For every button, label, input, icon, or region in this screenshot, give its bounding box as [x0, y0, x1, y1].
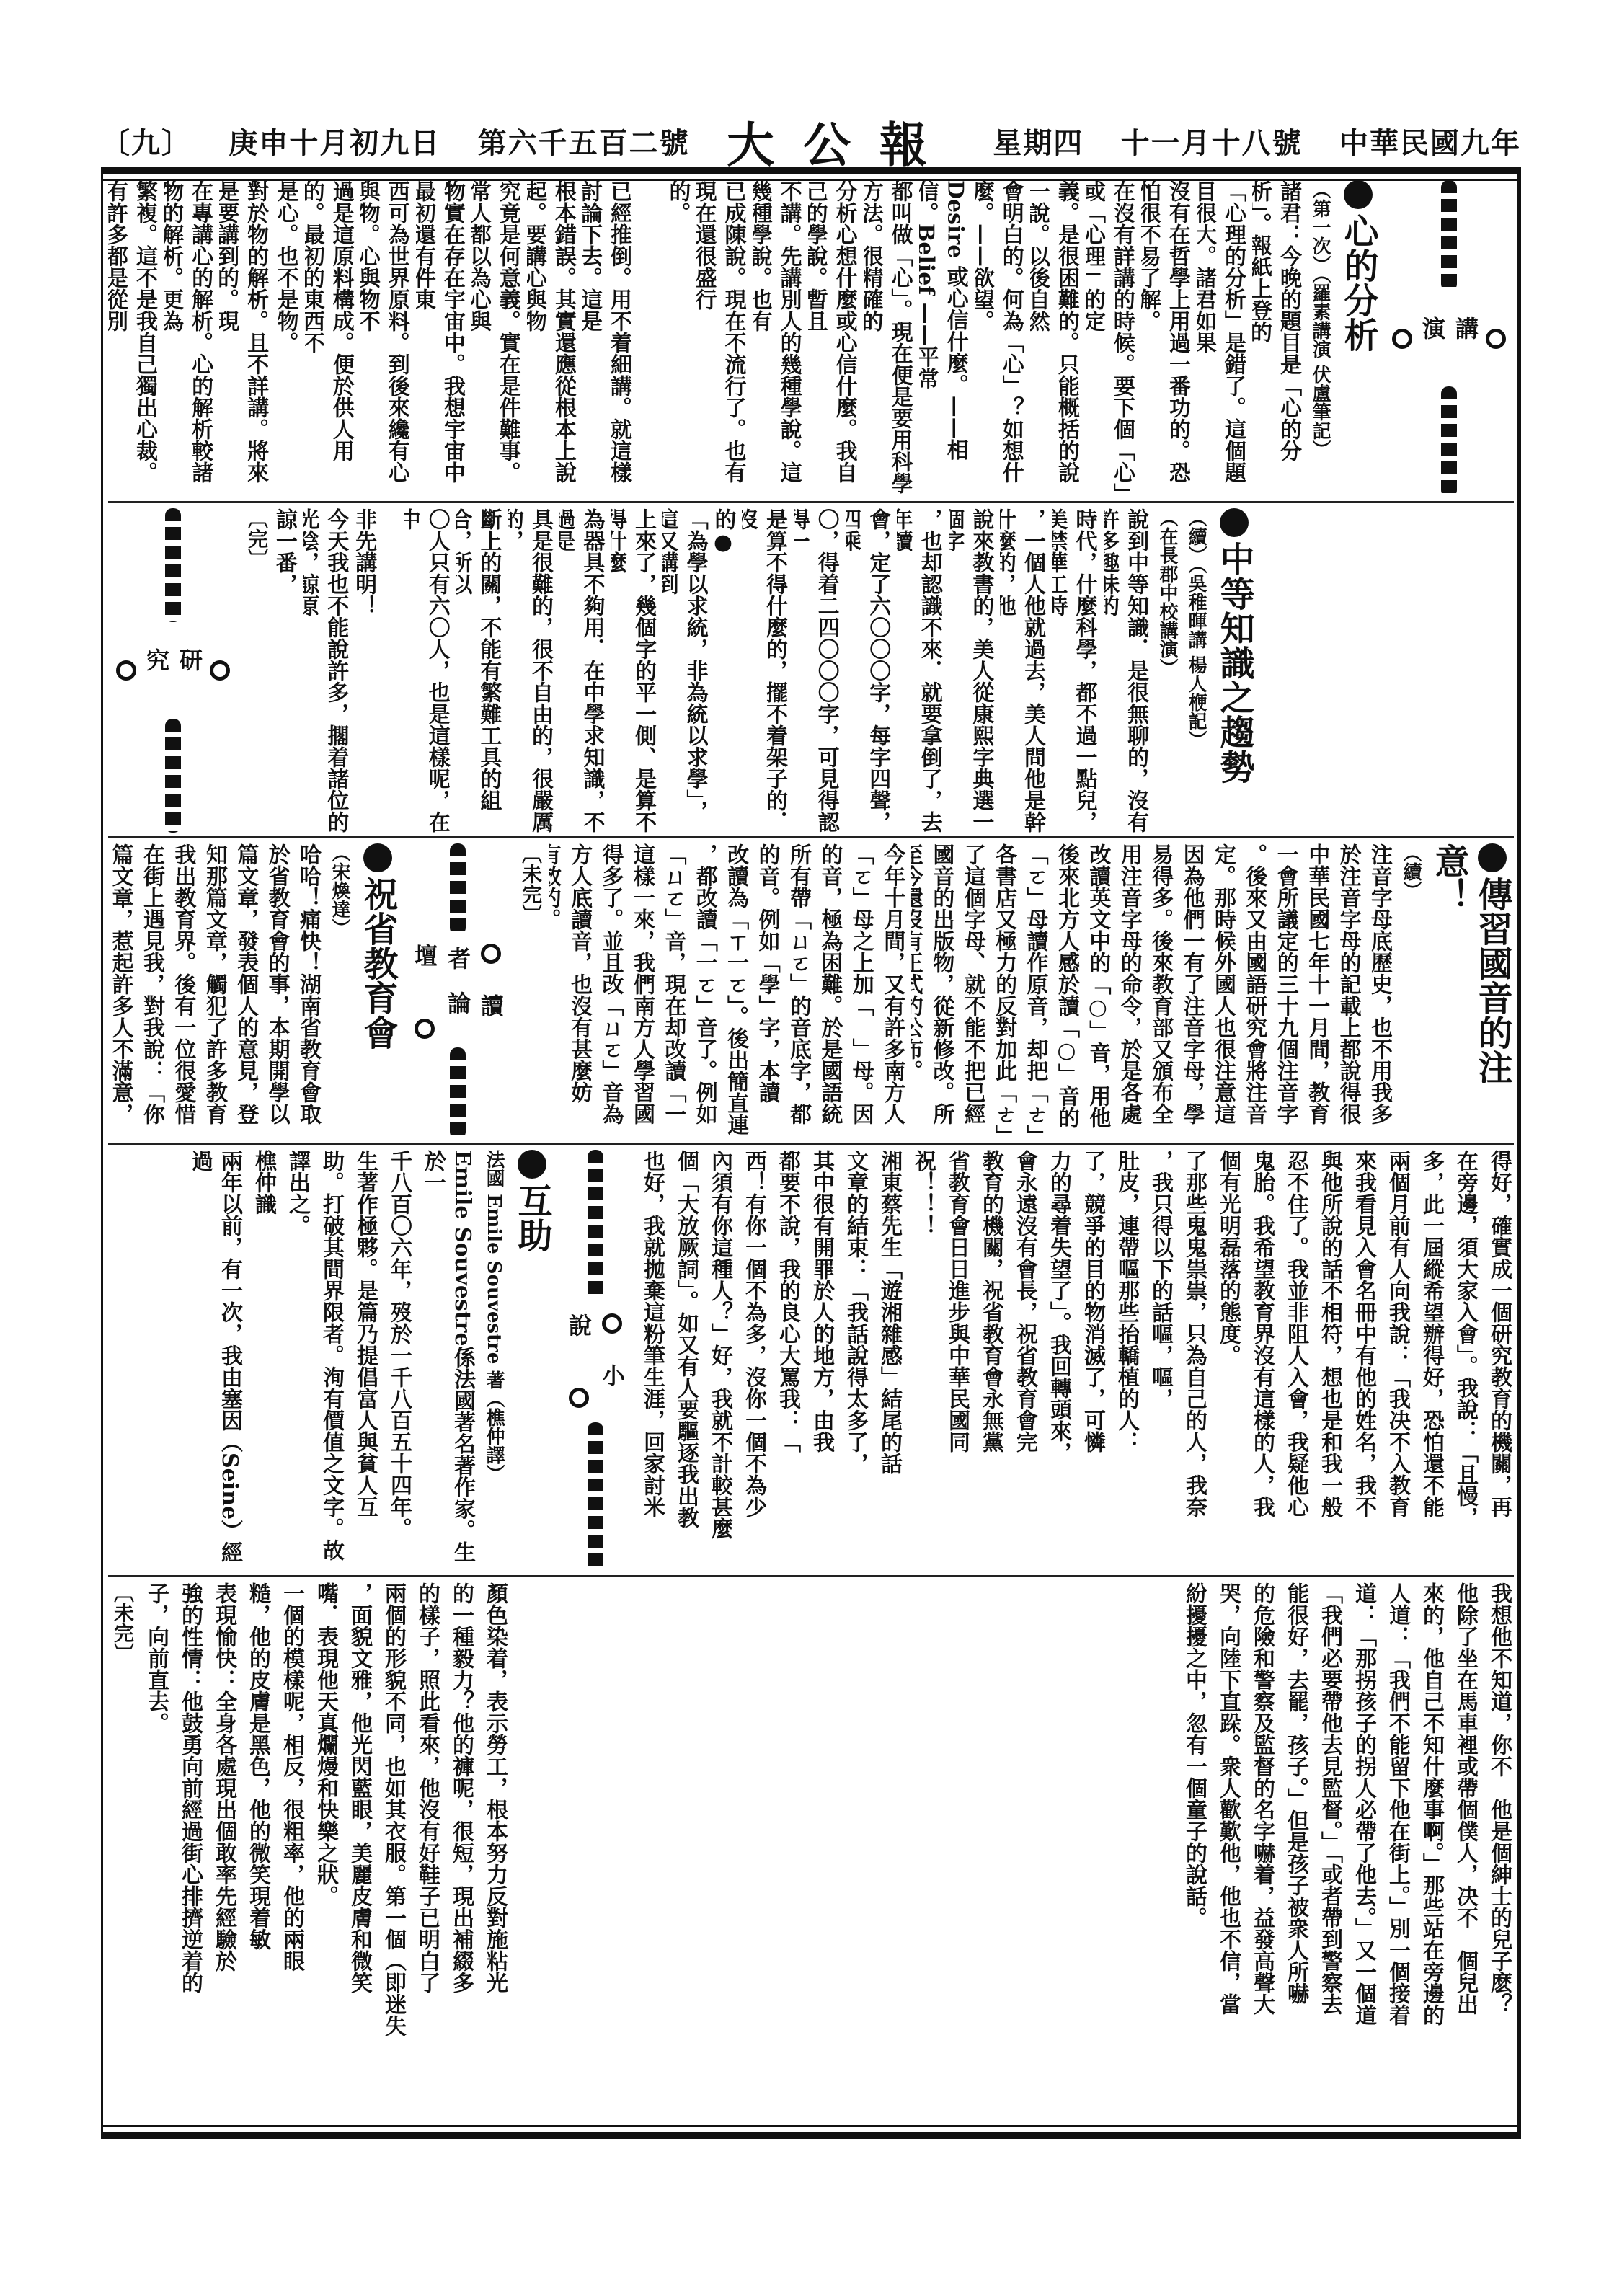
mind-col: 義。是很困難的。只能概括的說一說。以後自然 — [1030, 180, 1081, 497]
ring-icon — [1486, 329, 1506, 349]
mind-col: Desire 或心信什麼。——相信。Belief ——平常 — [919, 180, 970, 497]
band-divider — [108, 1143, 1514, 1145]
phonetic-col: 的音。例如「學」字，本讀「ㄒㄩㄛ」音， — [755, 843, 781, 1139]
forum-col: 個有光明磊落的態度。 — [1213, 1150, 1243, 1572]
mind-col: 是心。也不是物。 — [275, 180, 301, 497]
knowledge-col: ，也却認識不來．就要拿倒了，去年讀 — [897, 508, 944, 833]
phonetic-col: 因為他們一有了注音字母，學習中國 — [1179, 843, 1206, 1139]
section-lecture: 講演 — [1384, 180, 1514, 497]
story-col: 子，向前直去。 — [141, 1582, 171, 2130]
phonetic-col: 於注音字母的記載上都說得很詳細了。 — [1336, 843, 1362, 1139]
masthead-title: 大公報 — [727, 107, 956, 175]
phonetic-col: 「ㄛ」母讀作原音，却把「ㄜ」母讀作「○ — [1023, 843, 1050, 1139]
knowledge-col: 〇人只有六〇人，也是這樣呢，在中 — [404, 508, 452, 833]
forum-col: 來我看見入會名冊中有他的姓名，我不 — [1349, 1150, 1378, 1572]
forum-col: 鬼胎。我希望教育界沒有這樣的人，我 — [1247, 1150, 1277, 1572]
article-byline-congrats: （宋煥達） — [327, 843, 352, 1139]
phonetic-col: 的音，極為困難。於是國語統一籌備會 — [817, 843, 844, 1139]
mind-col: 已成陳說。現在不流行了。也有現在還很盛行 — [696, 180, 748, 497]
mind-col: 對於物的解析。且不詳講。將來是要講到的。現 — [219, 180, 270, 497]
forum-col: 得好，確實成一個研究教育的機關，再 — [1484, 1150, 1514, 1572]
phonetic-col: 得多了。並且改「ㄩㄛ」音為「一ㄛ」音， — [598, 843, 625, 1139]
mutual-aid-col: 生著作極夥。是篇乃提倡富人與貧人互 — [350, 1150, 380, 1572]
story-col: 一個的模樣呢，相反，很粗率，他的兩眼 — [277, 1582, 306, 2130]
knowledge-col: 具是很難的，很不自由的，很嚴厲的， — [508, 508, 555, 833]
phonetic-col: 。後來又由國語研究會將注音字母 — [1242, 843, 1269, 1139]
band-5: 我想他不知道，你不 他是個紳士的兒子麽？ 他除了坐在馬車裡或帶個僕人，决不 個兒… — [108, 1582, 1514, 2130]
forum-col: ，我只得以下的話嘔，嘔， — [1145, 1150, 1175, 1572]
bullet-dot-icon — [1220, 508, 1249, 537]
end-marker: 〔未完〕 — [108, 1582, 137, 2130]
phonetic-col: 改讀為「ㄒ一ㄛ」。後出簡直連「ㄩㄛ」編 — [724, 843, 750, 1139]
mutual-aid-col: 譯出之。 — [283, 1150, 312, 1572]
congrats-col: 在街上遇見我，對我說：「你在報上發表的 — [140, 843, 167, 1139]
story-col: 紛擾擾之中，忽有一個童子的說話。 — [1179, 1582, 1209, 2130]
band-2: 中等知識之趨勢 （續）（吳稚暉講 楊人楩記） （在長郡中校講演） 說到中等知識．… — [108, 508, 1514, 833]
article-byline-mutual-aid: 法國 Emile Souvestre 著（樵仲譯） — [482, 1150, 506, 1572]
phonetic-col: 注音字母底歷史，也不用我多說，各種關 — [1368, 843, 1394, 1139]
phonetic-col: 至今還沒有正式的公布。 — [911, 843, 925, 1139]
forum-col: 內須有你這種人？」好，我就不計較甚麼 — [705, 1150, 735, 1572]
forum-col: 個「大放厥詞」。如又有人要驅逐我出教 — [671, 1150, 701, 1572]
mind-col: 已經推倒。用不着細講。就這樣討論下去。這是 — [582, 180, 634, 497]
band-divider — [108, 1575, 1514, 1577]
mind-col: 西可為世界原料。到後來纔有心與物。心與物不 — [360, 180, 412, 497]
phonetic-col: 改讀英文中的「○」音，用他去押歌韻的 — [1086, 843, 1112, 1139]
forum-col: 了，競爭的目的物消滅了，可憐 — [1078, 1150, 1107, 1572]
story-col: 他除了坐在馬車裡或帶個僕人，决不 個兒出 — [1450, 1582, 1480, 2130]
article-venue-knowledge: （在長郡中校講演） — [1155, 508, 1179, 833]
article-part-mind: （第一次）（羅素講演 伏盧筆記） — [1308, 180, 1332, 497]
phonetic-col: 用注音字母的命令，於是各處研究 — [1117, 843, 1143, 1139]
mutual-aid-col: 千八百〇六年，歿於一千八百五十四年。 — [384, 1150, 414, 1572]
ring-icon — [481, 944, 501, 964]
mutual-aid-col: 助。打破其間界限者。洵有價值之文字。故 — [316, 1150, 346, 1572]
phonetic-col: 今年十月間，又有許多南方人提議 — [880, 843, 907, 1139]
mind-col: 分析心想什麼或心信什麼。我自己的學說。暫且 — [808, 180, 859, 497]
phonetic-col: 了這個字母、就不能不把已經印好的 — [960, 843, 987, 1139]
forum-col: 兩個月前有人向我說：「我决不入教育 — [1383, 1150, 1412, 1572]
page-number: 〔九〕 — [101, 120, 192, 161]
ring-icon — [415, 1019, 435, 1039]
congrats-col: 篇文章，惹起許多人不滿意，此後以少說 — [108, 843, 135, 1139]
mind-col: 不講。先講別人的幾種學說。這幾種學說。也有 — [753, 180, 804, 497]
phonetic-col: 有效的。 — [549, 843, 563, 1139]
story-col: 兩個的形貌不同，也如其衣服。第一個（即迷失 — [378, 1582, 408, 2130]
section-fiction: 小說 — [558, 1150, 633, 1572]
phonetic-col: 「ㄛ」母之上加「 」母。因為南方人讀 — [848, 843, 875, 1139]
masthead-weekday: 星期四 — [993, 120, 1083, 161]
ring-icon — [602, 1313, 622, 1334]
mind-col: 的。 — [667, 180, 693, 497]
forum-col: 力的尋着失望了」。我回轉頭來， — [1044, 1150, 1073, 1572]
story-col: 哭，向陸下直跺。衆人歡歎他，他也不信，當 — [1213, 1582, 1243, 2130]
mind-col: 繁複。這不是我自己獨出心裁。有許多都是從別 — [108, 180, 159, 497]
phonetic-col: 這樣一來，我們南方人學習國音，就 — [630, 843, 657, 1139]
mind-col: 沒有在哲學上用過一番功的。恐怕很不易了解。 — [1141, 180, 1192, 497]
masthead-date: 十一月十八號 — [1121, 120, 1303, 161]
story-col: ，面貌文雅，他光閃藍眼，美麗皮膚和微笑 — [345, 1582, 374, 2130]
chain-ornament-icon — [588, 1150, 603, 1299]
knowledge-col: 時代，什麼科學，都不過一點兒，美禁華工時 — [1052, 508, 1099, 833]
knowledge-col: 的● — [714, 508, 738, 833]
congrats-col: 我出教育界。後有一位很愛惜我的前輩先 — [171, 843, 198, 1139]
chain-ornament-icon — [1441, 180, 1457, 291]
forum-col: 了那些鬼鬼祟祟，只為自己的人，我奈 — [1179, 1150, 1209, 1572]
forum-col: 都要不說，我的良心大罵我：「 — [773, 1150, 802, 1572]
mind-col: 會明白的。何為「心」？如想什麼。——欲望。 — [975, 180, 1026, 497]
chain-ornament-icon — [588, 1422, 603, 1572]
mutual-aid-col: Emile Souvestre係法國著名著作家。生於一 — [418, 1150, 477, 1572]
chain-ornament-icon — [1441, 386, 1457, 497]
article-title-mutual-aid: 互助 — [510, 1150, 554, 1572]
bullet-dot-icon — [363, 843, 392, 872]
knowledge-col: 為器具不夠用．在中學求知識，不過是 — [559, 508, 607, 833]
story-col: 的一種毅力？他的褲呢，很短，現出補綴多 — [446, 1582, 476, 2130]
band-3: 傳習國音的注意！ （續） 注音字母底歷史，也不用我多說，各種關 於注音字母的記載… — [108, 843, 1514, 1139]
mutual-aid-col: 兩年以前，有一次，我由塞因（Seine）經過 — [185, 1150, 244, 1572]
story-col: 能很好，去罷，孩子。」但是孩子被衆人所嚇 — [1281, 1582, 1311, 2130]
section-lecture-label: 講演 — [1419, 316, 1479, 361]
ring-icon — [1392, 329, 1412, 349]
congrats-col: 篇文章，發表個人的意見，登在大公報上 — [234, 843, 260, 1139]
story-col: 顏色染着，表示勞工，根本努力反對施粘光 — [480, 1582, 510, 2130]
mind-col: 物實在存在宇宙中。我想宇宙中最初還有件東 — [416, 180, 467, 497]
article-title-knowledge: 中等知識之趨勢 — [1213, 508, 1256, 833]
story-col: 「我們必要帶他去見監督。」「或者帶到警察去 — [1315, 1582, 1344, 2130]
research-tail-col: 諒一番， — [275, 508, 299, 833]
knowledge-col: 說到中等知識．是很無聊的，沒有許多趣味的 — [1104, 508, 1151, 833]
bullet-dot-icon — [1478, 843, 1507, 872]
section-readers-forum: 讀者論壇 — [404, 843, 512, 1139]
article-cont-phonetic: （續） — [1399, 843, 1423, 1139]
article-byline-knowledge: （續）（吳稚暉講 楊人楩記） — [1184, 508, 1208, 833]
phonetic-col: 所有帶「ㄩㄛ」的音底字，都改作帶「 — [786, 843, 813, 1139]
masthead-year: 中華民國九年 — [1339, 120, 1521, 161]
mind-col: 在專講心的解析。心的解析較諸物的解析。更為 — [164, 180, 215, 497]
masthead-lunar-date: 庚申十月初九日 — [229, 120, 440, 161]
section-research: 研究 — [108, 508, 238, 833]
story-col: 來的，他自己不知什麼事啊。」那些站在旁邊的 — [1417, 1582, 1446, 2130]
forum-col: 忍不住了。我並非阻人入會，我疑他心 — [1281, 1150, 1311, 1572]
ring-icon — [569, 1388, 589, 1408]
phonetic-col: 各書店又極力的反對加此「ㄜ」母，因為 — [992, 843, 1019, 1139]
phonetic-col: 方人底讀音，也沒有甚麼妨礙，所以 — [567, 843, 594, 1139]
article-title-phonetic: 傳習國音的注意！ — [1427, 843, 1514, 1139]
knowledge-col: 上來了，幾個字的平一側、是算不得什麼 — [611, 508, 659, 833]
congrats-col: 哈哈！痛快！湖南省教育會取消一個會是 — [296, 843, 323, 1139]
chain-ornament-icon — [165, 508, 181, 622]
forum-col: 與他所說的話不相符，想也是和我一般 — [1315, 1150, 1344, 1572]
congrats-col: 知那篇文章，觸犯了許多教育家，聽說要 — [202, 843, 229, 1139]
story-col: 的樣子，照此看來，他沒有好鞋子已明白了 — [412, 1582, 442, 2130]
ring-icon — [116, 660, 136, 681]
band-4: 得好，確實成一個研究教育的機關，再 在旁邊，須大家入會」。我說：「且慢， 多，此… — [108, 1150, 1514, 1572]
story-col: 糙，他的皮膚是黑色，他的微笑現着敏 — [243, 1582, 272, 2130]
knowledge-col: ，一個人他就過去，美人問他是幹什麼的，他 — [1000, 508, 1047, 833]
forum-col: 湘東蔡先生「遊湘雜感」結尾的話 — [874, 1150, 904, 1572]
forum-col: 省教育會日日進步與中華民國同 — [942, 1150, 972, 1572]
knowledge-col: 「為學以求統，非為統以求學」，這又講到 — [662, 508, 710, 833]
chain-ornament-icon — [450, 1047, 466, 1139]
phonetic-col: 中華民國七年十一月間，教育部正式公布 — [1305, 843, 1331, 1139]
end-marker: 〔完〕 — [242, 508, 271, 833]
bullet-dot-icon — [1344, 180, 1373, 209]
phonetic-col: 定。那時候外國人也很注意這個 — [1211, 843, 1238, 1139]
mind-col: 都叫做「心」。現在便是要用科學方法。很精確的 — [864, 180, 915, 497]
mutual-aid-col: 樵仲識 — [249, 1150, 278, 1572]
story-col: 人道：「我們不能留下他在街上。」別一個接着 — [1383, 1582, 1412, 2130]
forum-col: 文章的結束：「我話說得太多了， — [841, 1150, 870, 1572]
story-col: 嘴．表現他天真爛熳和快樂之狀。 — [311, 1582, 340, 2130]
knowledge-col: 會，定了六〇〇〇字，每字四聲，四乘 — [846, 508, 893, 833]
knowledge-col: 說來教書的，美人從康熙字典選一個字 — [949, 508, 996, 833]
knowledge-col: 斷上的關，不能有繁難工具的組合，所以 — [456, 508, 504, 833]
story-col: 強的性情：他鼓勇向前經過街心排擠逆着的 — [175, 1582, 205, 2130]
knowledge-col: 是算不得什麼的，擺不着架子的．沒 — [742, 508, 789, 833]
bullet-dot-icon — [518, 1150, 546, 1179]
band-divider — [108, 836, 1514, 838]
mind-col: 根本錯誤。其實還應從根本上說起。要講心與物 — [527, 180, 578, 497]
research-tail-col: 非先講明！ — [355, 508, 378, 833]
chain-ornament-icon — [450, 843, 466, 935]
forum-col: 其中很有開罪於人的地方，由我 — [807, 1150, 836, 1572]
mind-col: 在沒有詳講的時候。要下個「心」或「心理」的定 — [1086, 180, 1137, 497]
forum-col: 教育的機關，祝省教育會永無黨 — [976, 1150, 1006, 1572]
end-marker: 〔未完〕 — [516, 843, 545, 1139]
mind-col: 究竟是何意義。實在是件難事。常人都以為心與 — [471, 180, 523, 497]
section-research-label: 研究 — [143, 648, 203, 693]
forum-col: 西！有你一個不為多，沒你一個不為少 — [739, 1150, 768, 1572]
story-col: 表現愉快：全身各處現出個敢率先經驗於 — [209, 1582, 239, 2130]
knowledge-col: 〇，得着二四〇〇〇字，可見得認得一 — [794, 508, 841, 833]
story-col: 我想他不知道，你不 他是個紳士的兒子麽？ — [1484, 1582, 1514, 2130]
band2-right-spacer — [1260, 508, 1514, 833]
congrats-col: 於省教育會的事，本期開學以前，我曾做 — [265, 843, 291, 1139]
article-title-congrats: 祝省教育會 — [356, 843, 399, 1139]
phonetic-col: 後來北方人感於讀「○」音的困難，便 — [1055, 843, 1081, 1139]
mind-col: 過是這原料構成。便於供人用的。最初的東西不 — [305, 180, 356, 497]
ring-icon — [210, 660, 230, 681]
story-col: 道：「那拐孩子的拐人必帶了他去。」又一個道 — [1349, 1582, 1378, 2130]
phonetic-col: 一會所議定的三十九個注音字母 — [1273, 843, 1300, 1139]
phonetic-col: 易得多。後來教育部又頒布全國小 — [1148, 843, 1175, 1139]
forum-col: 也好，我就拋棄這粉筆生涯，回家討米 — [637, 1150, 667, 1572]
masthead: 中華民國九年 十一月十八號 星期四 大公報 第六千五百二號 庚申十月初九日 〔九… — [101, 115, 1521, 166]
forum-col: 在旁邊，須大家入會」。我說：「且慢， — [1450, 1150, 1480, 1572]
phonetic-col: 「ㄩㄛ」音，現在却改讀「一ㄛ」音。 — [661, 843, 688, 1139]
phonetic-col: 國音的出版物，從新修改。所以這個 — [929, 843, 956, 1139]
masthead-issue: 第六千五百二號 — [478, 120, 690, 161]
research-tail-col: 今天我也不能說許多，擱着諸位的光陰，諒原 — [303, 508, 351, 833]
band-divider — [108, 501, 1514, 503]
mind-col: 諸君：今晚的題目是「心的分析」。報紙上登的 — [1252, 180, 1303, 497]
mind-col: 「心理的分析」是錯了。這個題目很大。諸君如果 — [1197, 180, 1248, 497]
forum-col: 肚皮，連帶嘔那些抬轎植的人： — [1112, 1150, 1141, 1572]
story-col: 的危險和警察及監督的名字嚇着，益發高聲大 — [1247, 1582, 1277, 2130]
forum-col: 會永遠沒有會長，祝省教育會完 — [1010, 1150, 1040, 1572]
chain-ornament-icon — [165, 719, 181, 833]
forum-col: 多，此一屆縱希望辦得好，恐怕還不能 — [1417, 1150, 1446, 1572]
phonetic-col: ，都改讀「一ㄛ」音了。例如「約」字， — [692, 843, 719, 1139]
band-1: 講演 心的分析 （第一次）（羅素講演 伏盧筆記） 諸君：今晚的題目是「心的分析」… — [108, 180, 1514, 497]
article-title-mind: 心的分析 — [1337, 180, 1380, 497]
forum-col: 祝！！！ — [908, 1150, 938, 1572]
